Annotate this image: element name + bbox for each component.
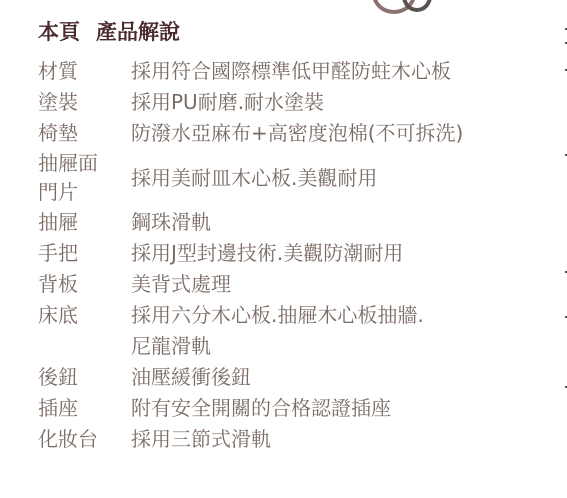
spec-value: 防潑水亞麻布+高密度泡棉(不可拆洗) — [131, 118, 463, 149]
spec-label: 床底 — [38, 300, 131, 331]
spec-row-cushion: 椅墊 防潑水亞麻布+高密度泡棉(不可拆洗) — [38, 118, 558, 149]
spec-label: 化妝台 — [38, 424, 131, 455]
spec-row-drawer-front: 抽屜面 門片 採用美耐皿木心板.美觀耐用 — [38, 149, 558, 207]
spec-row-bed-base: 床底 採用六分木心板.抽屜木心板抽牆. 尼龍滑軌 — [38, 300, 558, 362]
spec-label: 材質 — [38, 56, 131, 87]
spec-value: 油壓緩衝後鈕 — [131, 362, 251, 393]
spec-value: 採用六分木心板.抽屜木心板抽牆. 尼龍滑軌 — [131, 300, 424, 362]
spec-row-handle: 手把 採用J型封邊技術.美觀防潮耐用 — [38, 238, 558, 269]
spec-value: 採用J型封邊技術.美觀防潮耐用 — [131, 238, 403, 269]
spec-row-socket: 插座 附有安全開關的合格認證插座 — [38, 393, 558, 424]
spec-row-hinge: 後鈕 油壓緩衝後鈕 — [38, 362, 558, 393]
section-title: 產品解說 — [96, 20, 180, 44]
spec-value: 採用符合國際標準低甲醛防蛀木心板 — [131, 56, 451, 87]
spec-label: 塗裝 — [38, 87, 131, 118]
spec-label: 椅墊 — [38, 118, 131, 149]
spec-row-coating: 塗裝 採用PU耐磨.耐水塗裝 — [38, 87, 558, 118]
page-label: 本頁 — [38, 20, 80, 44]
spec-value: 附有安全開關的合格認證插座 — [131, 393, 391, 424]
spec-label: 後鈕 — [38, 362, 131, 393]
spec-label: 背板 — [38, 269, 131, 300]
spec-label: 抽屜 — [38, 207, 131, 238]
spec-value: 採用美耐皿木心板.美觀耐用 — [131, 163, 377, 194]
spec-label: 插座 — [38, 393, 131, 424]
spec-value: 鋼珠滑軌 — [131, 207, 211, 238]
spec-label-line: 門片 — [38, 178, 131, 207]
spec-row-back-panel: 背板 美背式處理 — [38, 269, 558, 300]
spec-value-line: 尼龍滑軌 — [131, 331, 424, 362]
spec-value: 採用三節式滑軌 — [131, 424, 271, 455]
spec-value-line: 採用六分木心板.抽屜木心板抽牆. — [131, 300, 424, 331]
spec-label: 抽屜面 門片 — [38, 149, 131, 207]
spec-value: 採用PU耐磨.耐水塗裝 — [131, 87, 324, 118]
spec-label: 手把 — [38, 238, 131, 269]
section-header: 本頁產品解說 — [38, 16, 180, 46]
spec-row-drawer: 抽屜 鋼珠滑軌 — [38, 207, 558, 238]
spec-value: 美背式處理 — [131, 269, 231, 300]
spec-label-line: 抽屜面 — [38, 149, 131, 178]
spec-row-material: 材質 採用符合國際標準低甲醛防蛀木心板 — [38, 56, 558, 87]
spec-row-vanity: 化妝台 採用三節式滑軌 — [38, 424, 558, 455]
product-spec-list: 材質 採用符合國際標準低甲醛防蛀木心板 塗裝 採用PU耐磨.耐水塗裝 椅墊 防潑… — [38, 56, 558, 455]
